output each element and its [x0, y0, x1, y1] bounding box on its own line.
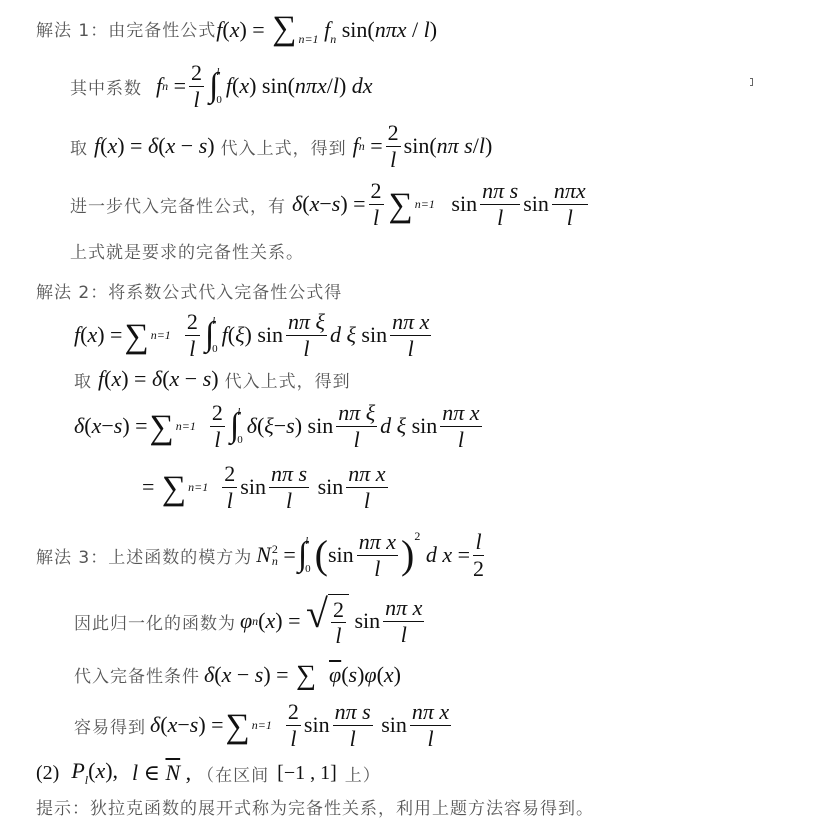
method1-further-line: 进一步代入完备性公式，有 δ(x − s) = 2l ∑n=1 sinnπ sl…	[70, 176, 591, 232]
interval: [−1 , 1]	[277, 762, 337, 785]
hint-line: 提示：狄拉克函数的展开式称为完备性关系，利用上题方法容易得到。	[36, 792, 594, 820]
normalized-formula: φn(x) = √2l sinnπ xl	[240, 594, 427, 649]
interval-close: 上）	[345, 761, 381, 786]
method3-norm-line: 解法 3： 上述函数的模方为 N2n = ∫l0 (sinnπ xl)2 d x…	[36, 524, 487, 586]
take-formula: f(x) = δ(x − s)	[94, 133, 215, 159]
method2-take-line: 取 f(x) = δ(x − s) 代入上式，得到	[74, 364, 351, 394]
part2-label: (2)	[36, 762, 59, 785]
method1-line1: 解法 1： 由完备性公式 f(x) = ∑n=1 fn sin(nπx / l)	[36, 10, 437, 46]
method3-easy-line: 容易得到 δ(x − s) = ∑n=1 2lsinnπ sl sinnπ xl	[74, 696, 454, 754]
coef-label: 其中系数	[70, 74, 142, 99]
norm-formula: N2n = ∫l0 (sinnπ xl)2 d x = l2	[256, 529, 487, 581]
take-text: 代入上式，得到	[221, 134, 347, 159]
hint: 提示：狄拉克函数的展开式称为完备性关系，利用上题方法容易得到。	[36, 794, 594, 819]
method3-substitute-line: 代入完备性条件 δ(x − s) = ∑ φ(s)φ(x)	[74, 656, 401, 692]
easy-formula: δ(x − s) = ∑n=1 2lsinnπ sl sinnπ xl	[150, 699, 454, 751]
stray-mark	[750, 78, 753, 86]
method2-formula2: δ(x − s) = ∑n=1 2l ∫l0 δ(ξ − s) sinnπ ξl…	[74, 396, 485, 456]
method3-intro: 上述函数的模方为	[108, 543, 252, 568]
method2-formula3: = ∑n=1 2lsinnπ sl sinnπ xl	[142, 458, 391, 516]
part2-func: Pl(x),	[71, 758, 118, 788]
take-result: fn = 2l sin(nπ s / l)	[353, 120, 493, 172]
method1-take-line: 取 f(x) = δ(x − s) 代入上式，得到 fn = 2l sin(nπ…	[70, 118, 492, 174]
further-text: 进一步代入完备性公式，有	[70, 192, 286, 217]
part2-line: (2) Pl(x), l ∈ N , （在区间 [−1 , 1] 上）	[36, 758, 381, 788]
interval-open: （在区间	[197, 761, 269, 786]
method2-heading: 解法 2：	[36, 278, 108, 303]
further-formula: δ(x − s) = 2l ∑n=1 sinnπ sl sinnπxl	[292, 178, 591, 230]
method2-formula1: f(x) = ∑n=1 2l ∫l0 f(ξ) sinnπ ξld ξ sinn…	[74, 306, 434, 364]
method1-coef-line: 其中系数 fn = 2l ∫l0 f(x) sin(nπx / l) dx	[70, 56, 373, 116]
coef-formula: fn = 2l ∫l0 f(x) sin(nπx / l) dx	[156, 60, 373, 112]
method1-intro: 由完备性公式	[108, 16, 216, 41]
method1-heading: 解法 1：	[36, 16, 108, 41]
method3-normalized-line: 因此归一化的函数为 φn(x) = √2l sinnπ xl	[74, 590, 427, 652]
part2-cond: l ∈ N ,	[132, 760, 191, 786]
method2-heading-line: 解法 2： 将系数公式代入完备性公式得	[36, 276, 342, 304]
method3-heading: 解法 3：	[36, 543, 108, 568]
take-label: 取	[70, 134, 88, 159]
method2-intro: 将系数公式代入完备性公式得	[108, 278, 342, 303]
completeness-formula: f(x) = ∑n=1 fn sin(nπx / l)	[216, 10, 437, 47]
method1-conclusion: 上式就是要求的完备性关系。	[70, 236, 304, 264]
substitute-formula: δ(x − s) = ∑ φ(s)φ(x)	[204, 660, 401, 688]
